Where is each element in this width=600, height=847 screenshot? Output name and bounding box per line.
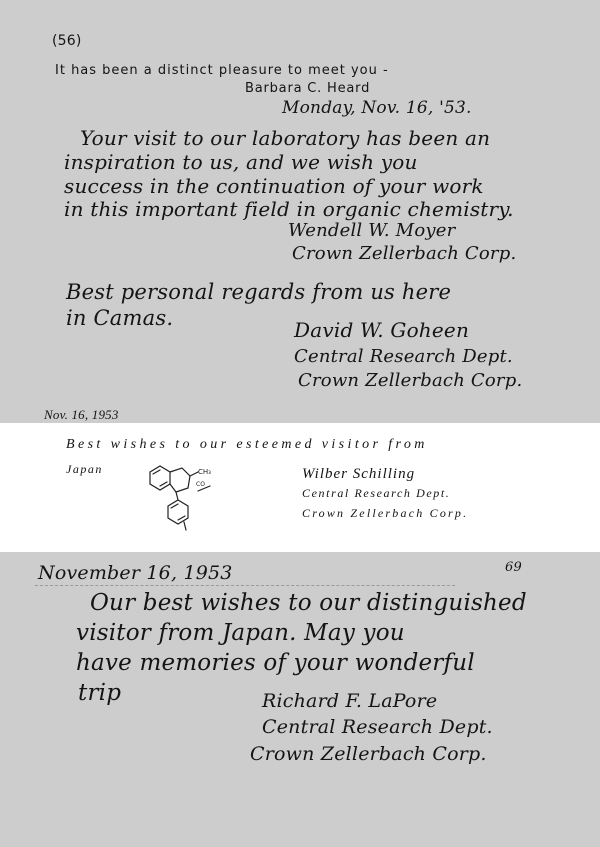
note-date: Monday, Nov. 16, '53. xyxy=(282,98,472,118)
signature: Wilber Schilling xyxy=(302,466,415,483)
note-text-line: Your visit to our laboratory has been an xyxy=(80,126,490,150)
signature: David W. Goheen xyxy=(294,318,469,342)
note-text-line: Best wishes to our esteemed visitor from xyxy=(66,437,428,453)
signature: Wendell W. Moyer xyxy=(288,220,455,241)
svg-text:CO: CO xyxy=(196,481,205,488)
note-text-line: It has been a distinct pleasure to meet … xyxy=(55,63,389,78)
page-number: 69 xyxy=(505,560,522,575)
signature: Richard F. LaPore xyxy=(262,690,437,712)
organization: Crown Zellerbach Corp. xyxy=(302,506,468,521)
department: Central Research Dept. xyxy=(294,346,513,367)
note-text-line: success in the continuation of your work xyxy=(64,174,484,198)
signature: Barbara C. Heard xyxy=(245,81,370,96)
note-text-line: trip xyxy=(78,680,121,706)
department: Central Research Dept. xyxy=(302,486,450,501)
note-text-line: have memories of your wonderful xyxy=(76,650,475,676)
note-text-line: Best personal regards from us here xyxy=(66,280,451,304)
department: Central Research Dept. xyxy=(262,716,493,738)
page-label: (56) xyxy=(52,33,82,49)
note-date: Nov. 16, 1953 xyxy=(44,407,119,423)
note-text-line: Our best wishes to our distinguished xyxy=(90,590,527,616)
note-text-line: visitor from Japan. May you xyxy=(76,620,405,646)
ruled-line-divider xyxy=(35,585,455,586)
note-text-line: inspiration to us, and we wish you xyxy=(64,150,418,174)
organization: Crown Zellerbach Corp. xyxy=(250,743,487,765)
note-date: November 16, 1953 xyxy=(38,562,233,584)
svg-text:CH₃: CH₃ xyxy=(198,468,211,476)
note-text-line: in Camas. xyxy=(66,306,173,330)
organization: Crown Zellerbach Corp. xyxy=(298,370,522,391)
guestbook-page: (56) It has been a distinct pleasure to … xyxy=(0,0,600,847)
note-text-line: in this important field in organic chemi… xyxy=(64,197,514,221)
note-text-line: Japan xyxy=(66,462,103,477)
organization: Crown Zellerbach Corp. xyxy=(292,243,516,264)
chemical-structure-icon: CH₃ CO xyxy=(140,462,220,532)
